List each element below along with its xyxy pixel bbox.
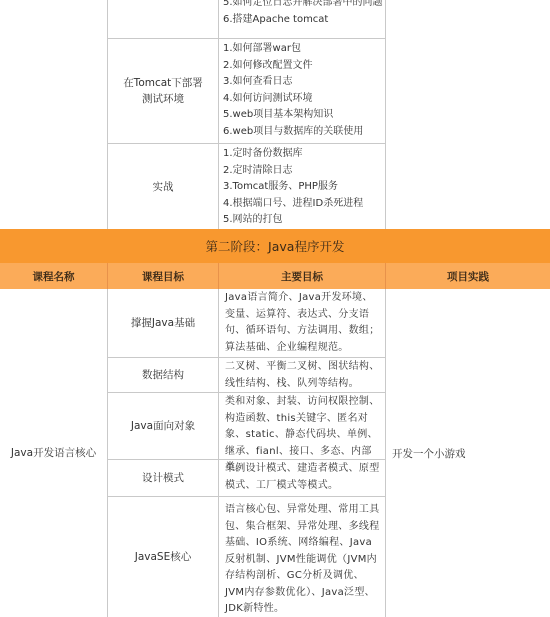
course-goal-cell: 实战 (108, 144, 218, 229)
column-header-label: 项目实践 (447, 269, 489, 284)
course-goal-cell: Java面向对象 (108, 393, 218, 459)
column-header-label: 课程名称 (33, 269, 75, 284)
col-border (385, 0, 386, 229)
list-item: 1.如何部署war包 (223, 41, 385, 58)
list-item: 1.定时备份数据库 (223, 146, 385, 163)
main-goal-text: 单例设计模式、建造者模式、原型模式、工厂模式等模式。 (225, 463, 380, 491)
phase-title: 第二阶段：Java程序开发 (206, 237, 345, 255)
list-item: 6.搭建Apache tomcat (223, 12, 385, 29)
column-header: 课程名称 (0, 263, 107, 289)
course-name-cell: Java开发语言核心 (0, 289, 107, 617)
list-item: 5.如何定位日志并解决部署中的问题 (223, 0, 385, 12)
course-goal-cell: JavaSE核心 (108, 497, 218, 617)
list-item: 3.Tomcat服务、PHP服务 (223, 179, 385, 196)
main-goal-text: 语言核心包、异常处理、常用工具包、集合框架、异常处理、多线程基础、IO系统、网络… (225, 504, 380, 614)
course-goal-text: Java面向对象 (131, 418, 195, 434)
course-goal-line: 测试环境 (123, 91, 203, 107)
course-goal-text: 数据结构 (142, 367, 184, 383)
course-goal-line: 在Tomcat下部署 (123, 75, 203, 91)
list-item: 2.如何修改配置文件 (223, 58, 385, 75)
col-border (385, 289, 386, 617)
course-goal-cell: 设计模式 (108, 460, 218, 496)
course-goal-text: 实战 (153, 179, 174, 195)
main-goal-cell: 语言核心包、异常处理、常用工具包、集合框架、异常处理、多线程基础、IO系统、网络… (219, 502, 385, 617)
list-item: 2.定时清除日志 (223, 163, 385, 180)
main-goal-text: 二叉树、平衡二叉树、图状结构、线性结构、栈、队列等结构。 (225, 361, 380, 389)
column-header: 课程目标 (108, 263, 218, 289)
course-name: Java开发语言核心 (11, 445, 96, 461)
course-goal-cell: 数据结构 (108, 358, 218, 392)
list-item: 3.如何查看日志 (223, 74, 385, 91)
main-goal-list: 5.如何定位日志并解决部署中的问题 6.搭建Apache tomcat (219, 0, 385, 38)
column-header: 项目实践 (386, 263, 550, 289)
column-header-label: 课程目标 (142, 269, 184, 284)
list-item: 6.web项目与数据库的关联使用 (223, 124, 385, 141)
main-goal-cell: 单例设计模式、建造者模式、原型模式、工厂模式等模式。 (219, 461, 385, 496)
list-item: 5.网站的打包 (223, 212, 385, 229)
list-item: 5.web项目基本架构知识 (223, 107, 385, 124)
list-item: 4.如何访问测试环境 (223, 91, 385, 108)
phase-title-banner: 第二阶段：Java程序开发 (0, 229, 550, 263)
header-border (385, 263, 386, 289)
main-goal-text: Java语言简介、Java开发环境、变量、运算符、表达式、分支语句、循环语句、方… (225, 292, 380, 353)
project-cell: 开发一个小游戏 (392, 289, 550, 617)
header-border (218, 263, 219, 289)
header-border (107, 263, 108, 289)
course-goal-text: 设计模式 (142, 470, 184, 486)
project-text: 开发一个小游戏 (392, 446, 466, 461)
course-goal-text: 撑握Java基础 (131, 315, 195, 331)
course-goal-cell: 撑握Java基础 (108, 289, 218, 357)
column-header-label: 主要目标 (281, 269, 323, 284)
column-header: 主要目标 (219, 263, 385, 289)
main-goal-list: 1.如何部署war包 2.如何修改配置文件 3.如何查看日志 4.如何访问测试环… (219, 41, 385, 143)
main-goal-cell: 二叉树、平衡二叉树、图状结构、线性结构、栈、队列等结构。 (219, 359, 385, 392)
course-goal-text: JavaSE核心 (135, 549, 191, 565)
main-goal-list: 1.定时备份数据库 2.定时清除日志 3.Tomcat服务、PHP服务 4.根据… (219, 146, 385, 229)
main-goal-cell: Java语言简介、Java开发环境、变量、运算符、表达式、分支语句、循环语句、方… (219, 290, 385, 357)
course-goal-cell: 在Tomcat下部署 测试环境 (108, 39, 218, 143)
main-goal-cell: 类和对象、封装、访问权限控制、构造函数、this关键字、匿名对象、static、… (219, 394, 385, 459)
list-item: 4.根据端口号、进程ID杀死进程 (223, 196, 385, 213)
